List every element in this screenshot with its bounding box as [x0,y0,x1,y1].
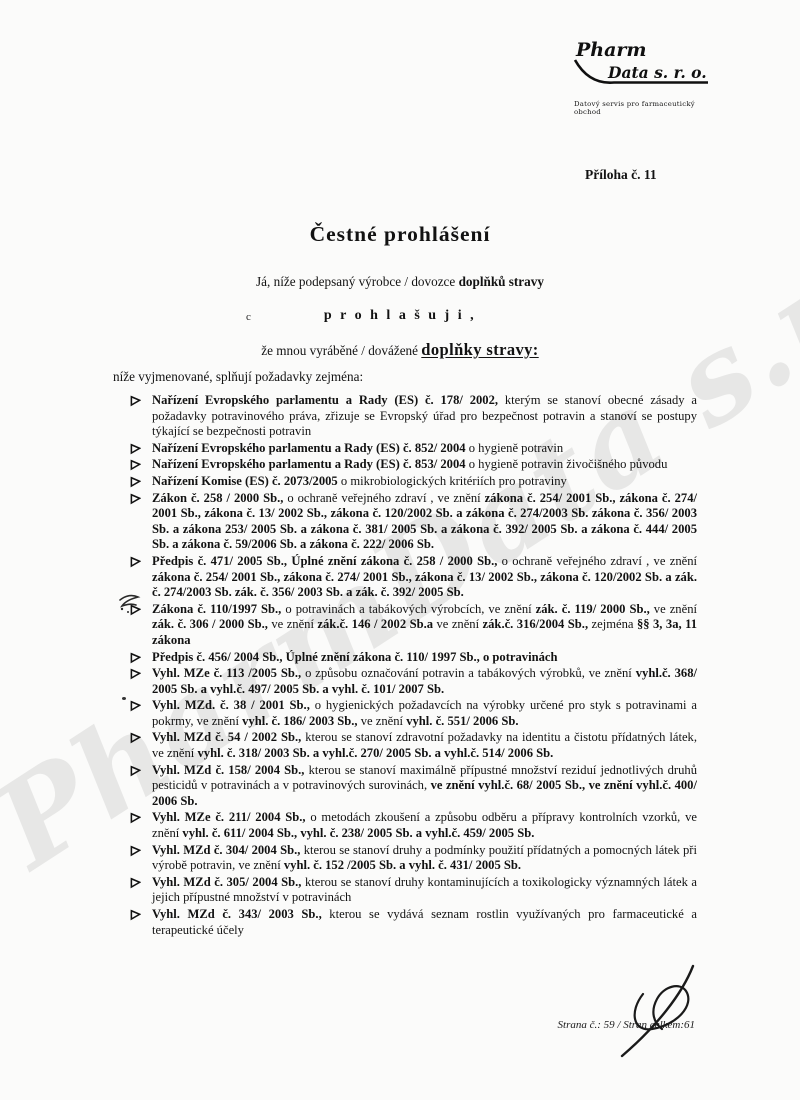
list-arrow-icon [130,556,141,573]
regulation-text: Vyhl. MZd. č. 38 / 2001 Sb., o hygienick… [152,698,697,728]
regulation-list-item: Předpis č. 471/ 2005 Sb., Úplné znění zá… [130,554,697,601]
regulation-text: Předpis č. 456/ 2004 Sb., Úplné znění zá… [152,650,558,664]
regulation-text: Nařízení Komise (ES) č. 2073/2005 o mikr… [152,474,567,488]
regulation-list-item: Vyhl. MZd. č. 38 / 2001 Sb., o hygienick… [130,698,697,729]
regulation-list-item: Nařízení Evropského parlamentu a Rady (E… [130,441,697,457]
regulation-text: Vyhl. MZd č. 54 / 2002 Sb., kterou se st… [152,730,697,760]
list-arrow-icon [130,909,141,926]
list-arrow-icon [130,668,141,685]
logo-tagline: Datový servis pro farmaceutický obchod [570,100,720,116]
regulation-list-item: Nařízení Evropského parlamentu a Rady (E… [130,393,697,440]
regulation-text: Zákona č. 110/1997 Sb., o potravinách a … [152,602,697,647]
logo-part2: Data s. r. o. [607,63,707,82]
regulation-text: Nařízení Evropského parlamentu a Rady (E… [152,441,563,455]
regulation-text: Zákon č. 258 / 2000 Sb., o ochraně veřej… [152,491,697,552]
regulation-list-item: Vyhl. MZd č. 304/ 2004 Sb., kterou se st… [130,843,697,874]
regulation-text: Vyhl. MZd č. 304/ 2004 Sb., kterou se st… [152,843,697,873]
scan-speck [122,697,126,700]
list-arrow-icon [130,765,141,782]
list-arrow-icon [130,732,141,749]
company-logo: Pharm Data s. r. o. Datový servis pro fa… [570,36,720,116]
list-arrow-icon [130,700,141,717]
regulation-text: Vyhl. MZe č. 211/ 2004 Sb., o metodách z… [152,810,697,840]
regulation-list-item: Předpis č. 456/ 2004 Sb., Úplné znění zá… [130,650,697,666]
intro-line-requirements: níže vyjmenované, splňují požadavky zejm… [113,369,363,385]
regulation-list-item: Vyhl. MZd č. 305/ 2004 Sb., kterou se st… [130,875,697,906]
regulation-list-item: Zákon č. 258 / 2000 Sb., o ochraně veřej… [130,491,697,553]
regulation-list-item: Vyhl. MZd č. 158/ 2004 Sb., kterou se st… [130,763,697,810]
attachment-label: Příloha č. 11 [585,167,657,183]
regulation-text: Předpis č. 471/ 2005 Sb., Úplné znění zá… [152,554,697,599]
regulation-text: Nařízení Evropského parlamentu a Rady (E… [152,393,697,438]
list-arrow-icon [130,493,141,510]
regulation-list-item: Vyhl. MZd č. 343/ 2003 Sb., kterou se vy… [130,907,697,938]
signature-scribble [596,960,716,1065]
regulation-list-item: Vyhl. MZd č. 54 / 2002 Sb., kterou se st… [130,730,697,761]
regulation-list-item: Nařízení Komise (ES) č. 2073/2005 o mikr… [130,474,697,490]
regulation-text: Vyhl. MZd č. 343/ 2003 Sb., kterou se vy… [152,907,697,937]
logo-part1: Pharm [575,39,647,61]
margin-pen-scribble [116,588,152,618]
list-arrow-icon [130,845,141,862]
regulation-list-item: Vyhl. MZe č. 211/ 2004 Sb., o metodách z… [130,810,697,841]
list-arrow-icon [130,812,141,829]
list-arrow-icon [130,395,141,412]
intro-line-declarer: Já, níže podepsaný výrobce / dovozce dop… [0,274,800,290]
declaration-word: p r o h l a š u j i , [0,308,800,324]
list-arrow-icon [130,877,141,894]
regulation-text: Vyhl. MZd č. 158/ 2004 Sb., kterou se st… [152,763,697,808]
page-title: Čestné prohlášení [0,222,800,247]
regulation-list-item: Zákona č. 110/1997 Sb., o potravinách a … [130,602,697,649]
company-logo-script: Pharm Data s. r. o. [570,36,720,94]
regulation-text: Vyhl. MZe č. 113 /2005 Sb., o způsobu oz… [152,666,697,696]
regulation-list-item: Vyhl. MZe č. 113 /2005 Sb., o způsobu oz… [130,666,697,697]
intro-line-subject: že mnou vyráběné / dovážené doplňky stra… [0,340,800,360]
regulation-list: Nařízení Evropského parlamentu a Rady (E… [130,393,697,939]
regulation-list-item: Nařízení Evropského parlamentu a Rady (E… [130,457,697,473]
regulation-text: Vyhl. MZd č. 305/ 2004 Sb., kterou se st… [152,875,697,905]
scanned-document-page: PharmData s.r.o. Pharm Data s. r. o. Dat… [0,0,800,1100]
regulation-text: Nařízení Evropského parlamentu a Rady (E… [152,457,667,471]
